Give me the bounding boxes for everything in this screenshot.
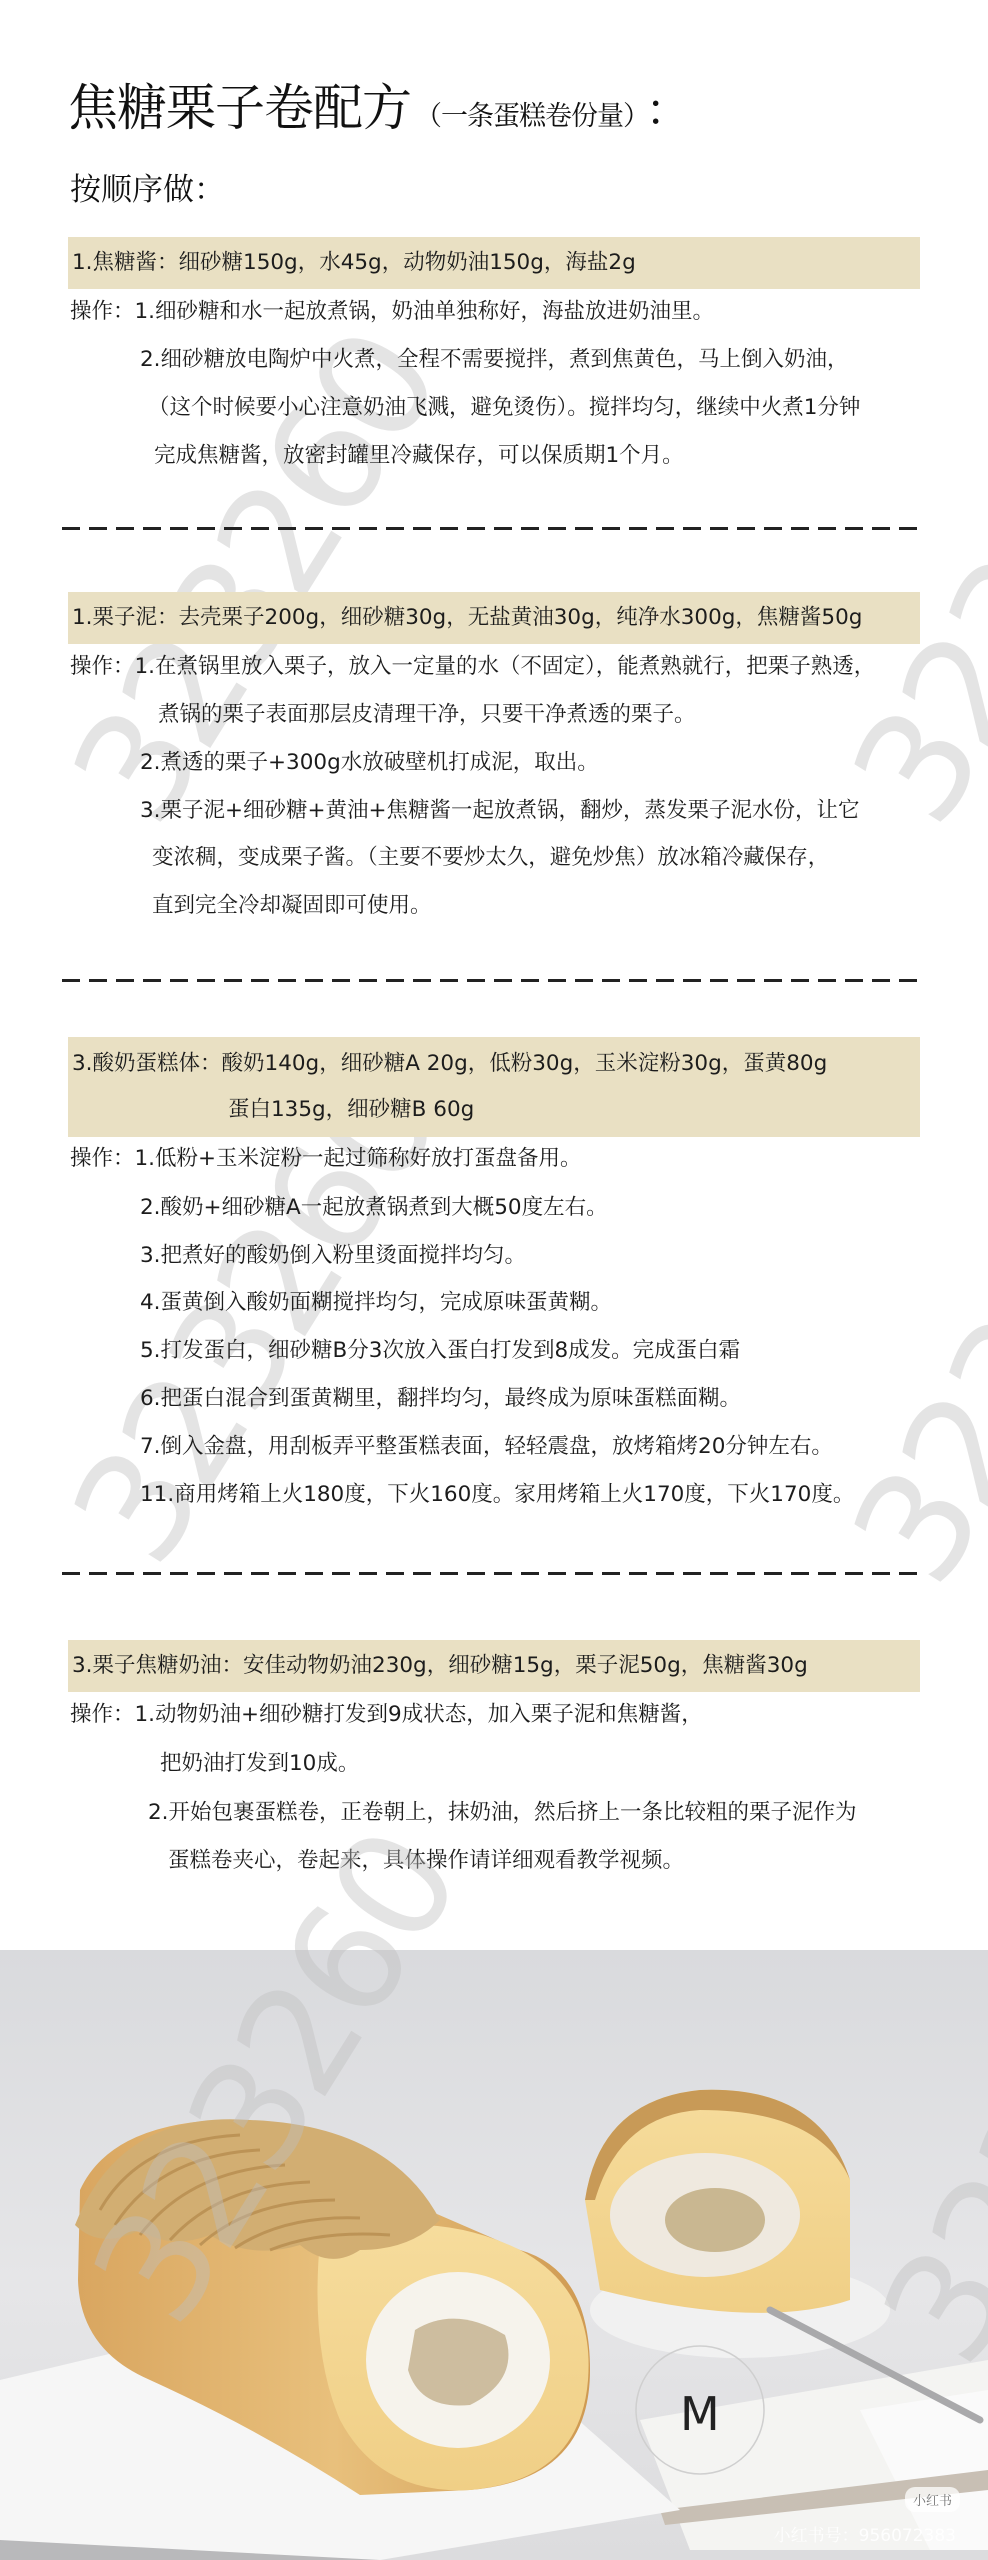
section-1-step: 操作：1.细砂糖和水一起放煮锅，奶油单独称好，海盐放进奶油里。	[70, 297, 714, 327]
section-4-step: 把奶油打发到10成。	[160, 1749, 359, 1779]
section-2-step: 变浓稠，变成栗子酱。（主要不要炒太久，避免炒焦）放冰箱冷藏保存，	[152, 843, 829, 873]
section-3-step: 6.把蛋白混合到蛋黄糊里，翻拌均匀，最终成为原味蛋糕面糊。	[140, 1384, 741, 1414]
section-1-step: 2.细砂糖放电陶炉中火煮，全程不需要搅拌，煮到焦黄色，马上倒入奶油，	[140, 345, 849, 375]
title-sub: （一条蛋糕卷份量）	[415, 101, 636, 132]
subheading: 按顺序做：	[70, 170, 225, 210]
section-3-step: 2.酸奶+细砂糖A一起放煮锅煮到大概50度左右。	[140, 1193, 608, 1223]
section-1-step: （这个时候要小心注意奶油飞溅，避免烫伤）。搅拌均匀，继续中火煮1分钟	[148, 393, 860, 423]
section-divider	[62, 527, 926, 530]
section-3-step: 7.倒入金盘，用刮板弄平整蛋糕表面，轻轻震盘，放烤箱烤20分钟左右。	[140, 1432, 833, 1462]
section-2-step: 2.煮透的栗子+300g水放破壁机打成泥，取出。	[140, 748, 599, 778]
section-2-step: 煮锅的栗子表面那层皮清理干净，只要干净煮透的栗子。	[158, 700, 696, 730]
section-2-step: 操作：1.在煮锅里放入栗子，放入一定量的水（不固定），能煮熟就行，把栗子熟透，	[70, 652, 875, 682]
section-1-step: 完成焦糖酱，放密封罐里冷藏保存，可以保质期1个月。	[154, 441, 684, 471]
recipe-page: 323260 323260 323260 323260 323260 32326…	[0, 0, 988, 1950]
ingredients-line: 蛋白135g，细砂糖B 60g	[68, 1087, 920, 1133]
watermark-right-top: 323260	[820, 305, 988, 852]
section-3-ingredients: 3.酸奶蛋糕体：酸奶140g，细砂糖A 20g，低粉30g，玉米淀粉30g，蛋黄…	[68, 1037, 920, 1137]
section-3-step: 4.蛋黄倒入酸奶面糊搅拌均匀，完成原味蛋黄糊。	[140, 1288, 612, 1318]
watermark-right-mid: 323260	[820, 1065, 988, 1612]
section-divider	[62, 1572, 926, 1575]
section-divider	[62, 979, 926, 982]
section-2-ingredients: 1.栗子泥：去壳栗子200g，细砂糖30g，无盐黄油30g，纯净水300g，焦糖…	[68, 592, 920, 644]
ingredients-line: 3.栗子焦糖奶油：安佳动物奶油230g，细砂糖15g，栗子泥50g，焦糖酱30g	[68, 1640, 920, 1692]
section-3-step: 11.商用烤箱上火180度，下火160度。家用烤箱上火170度，下火170度。	[140, 1480, 854, 1510]
section-2-step: 直到完全冷却凝固即可使用。	[152, 891, 432, 921]
section-3-step: 5.打发蛋白，细砂糖B分3次放入蛋白打发到8成发。完成蛋白霜	[140, 1336, 740, 1366]
section-4-step: 2.开始包裹蛋糕卷，正卷朝上，抹奶油，然后挤上一条比较粗的栗子泥作为	[148, 1798, 857, 1828]
title-colon: ：	[646, 85, 689, 136]
section-1-ingredients: 1.焦糖酱：细砂糖150g，水45g，动物奶油150g，海盐2g	[68, 237, 920, 289]
cake-roll-photo: M 小红书 小红书号：956072383	[0, 1950, 988, 2560]
section-4-step: 蛋糕卷夹心，卷起来，具体操作请详细观看教学视频。	[168, 1846, 684, 1876]
section-4-ingredients: 3.栗子焦糖奶油：安佳动物奶油230g，细砂糖15g，栗子泥50g，焦糖酱30g	[68, 1640, 920, 1692]
ingredients-line: 1.焦糖酱：细砂糖150g，水45g，动物奶油150g，海盐2g	[68, 237, 920, 289]
ingredients-line: 3.酸奶蛋糕体：酸奶140g，细砂糖A 20g，低粉30g，玉米淀粉30g，蛋黄…	[68, 1041, 920, 1087]
account-id-caption: 小红书号：956072383	[774, 2521, 956, 2546]
ingredients-line: 1.栗子泥：去壳栗子200g，细砂糖30g，无盐黄油30g，纯净水300g，焦糖…	[68, 592, 920, 644]
cake-roll-image: M	[0, 1950, 988, 2560]
svg-text:M: M	[680, 2387, 720, 2441]
section-3-step: 3.把煮好的酸奶倒入粉里烫面搅拌均匀。	[140, 1241, 526, 1271]
xiaohongshu-logo-badge: 小红书	[905, 2487, 960, 2512]
section-2-step: 3.栗子泥+细砂糖+黄油+焦糖酱一起放煮锅，翻炒，蒸发栗子泥水份，让它	[140, 796, 860, 826]
section-3-step: 操作：1.低粉+玉米淀粉一起过筛称好放打蛋盘备用。	[70, 1144, 582, 1174]
title-main: 焦糖栗子卷配方	[68, 79, 411, 137]
section-4-step: 操作：1.动物奶油+细砂糖打发到9成状态，加入栗子泥和焦糖酱，	[70, 1700, 703, 1730]
page-title: 焦糖栗子卷配方（一条蛋糕卷份量）：	[68, 78, 689, 147]
